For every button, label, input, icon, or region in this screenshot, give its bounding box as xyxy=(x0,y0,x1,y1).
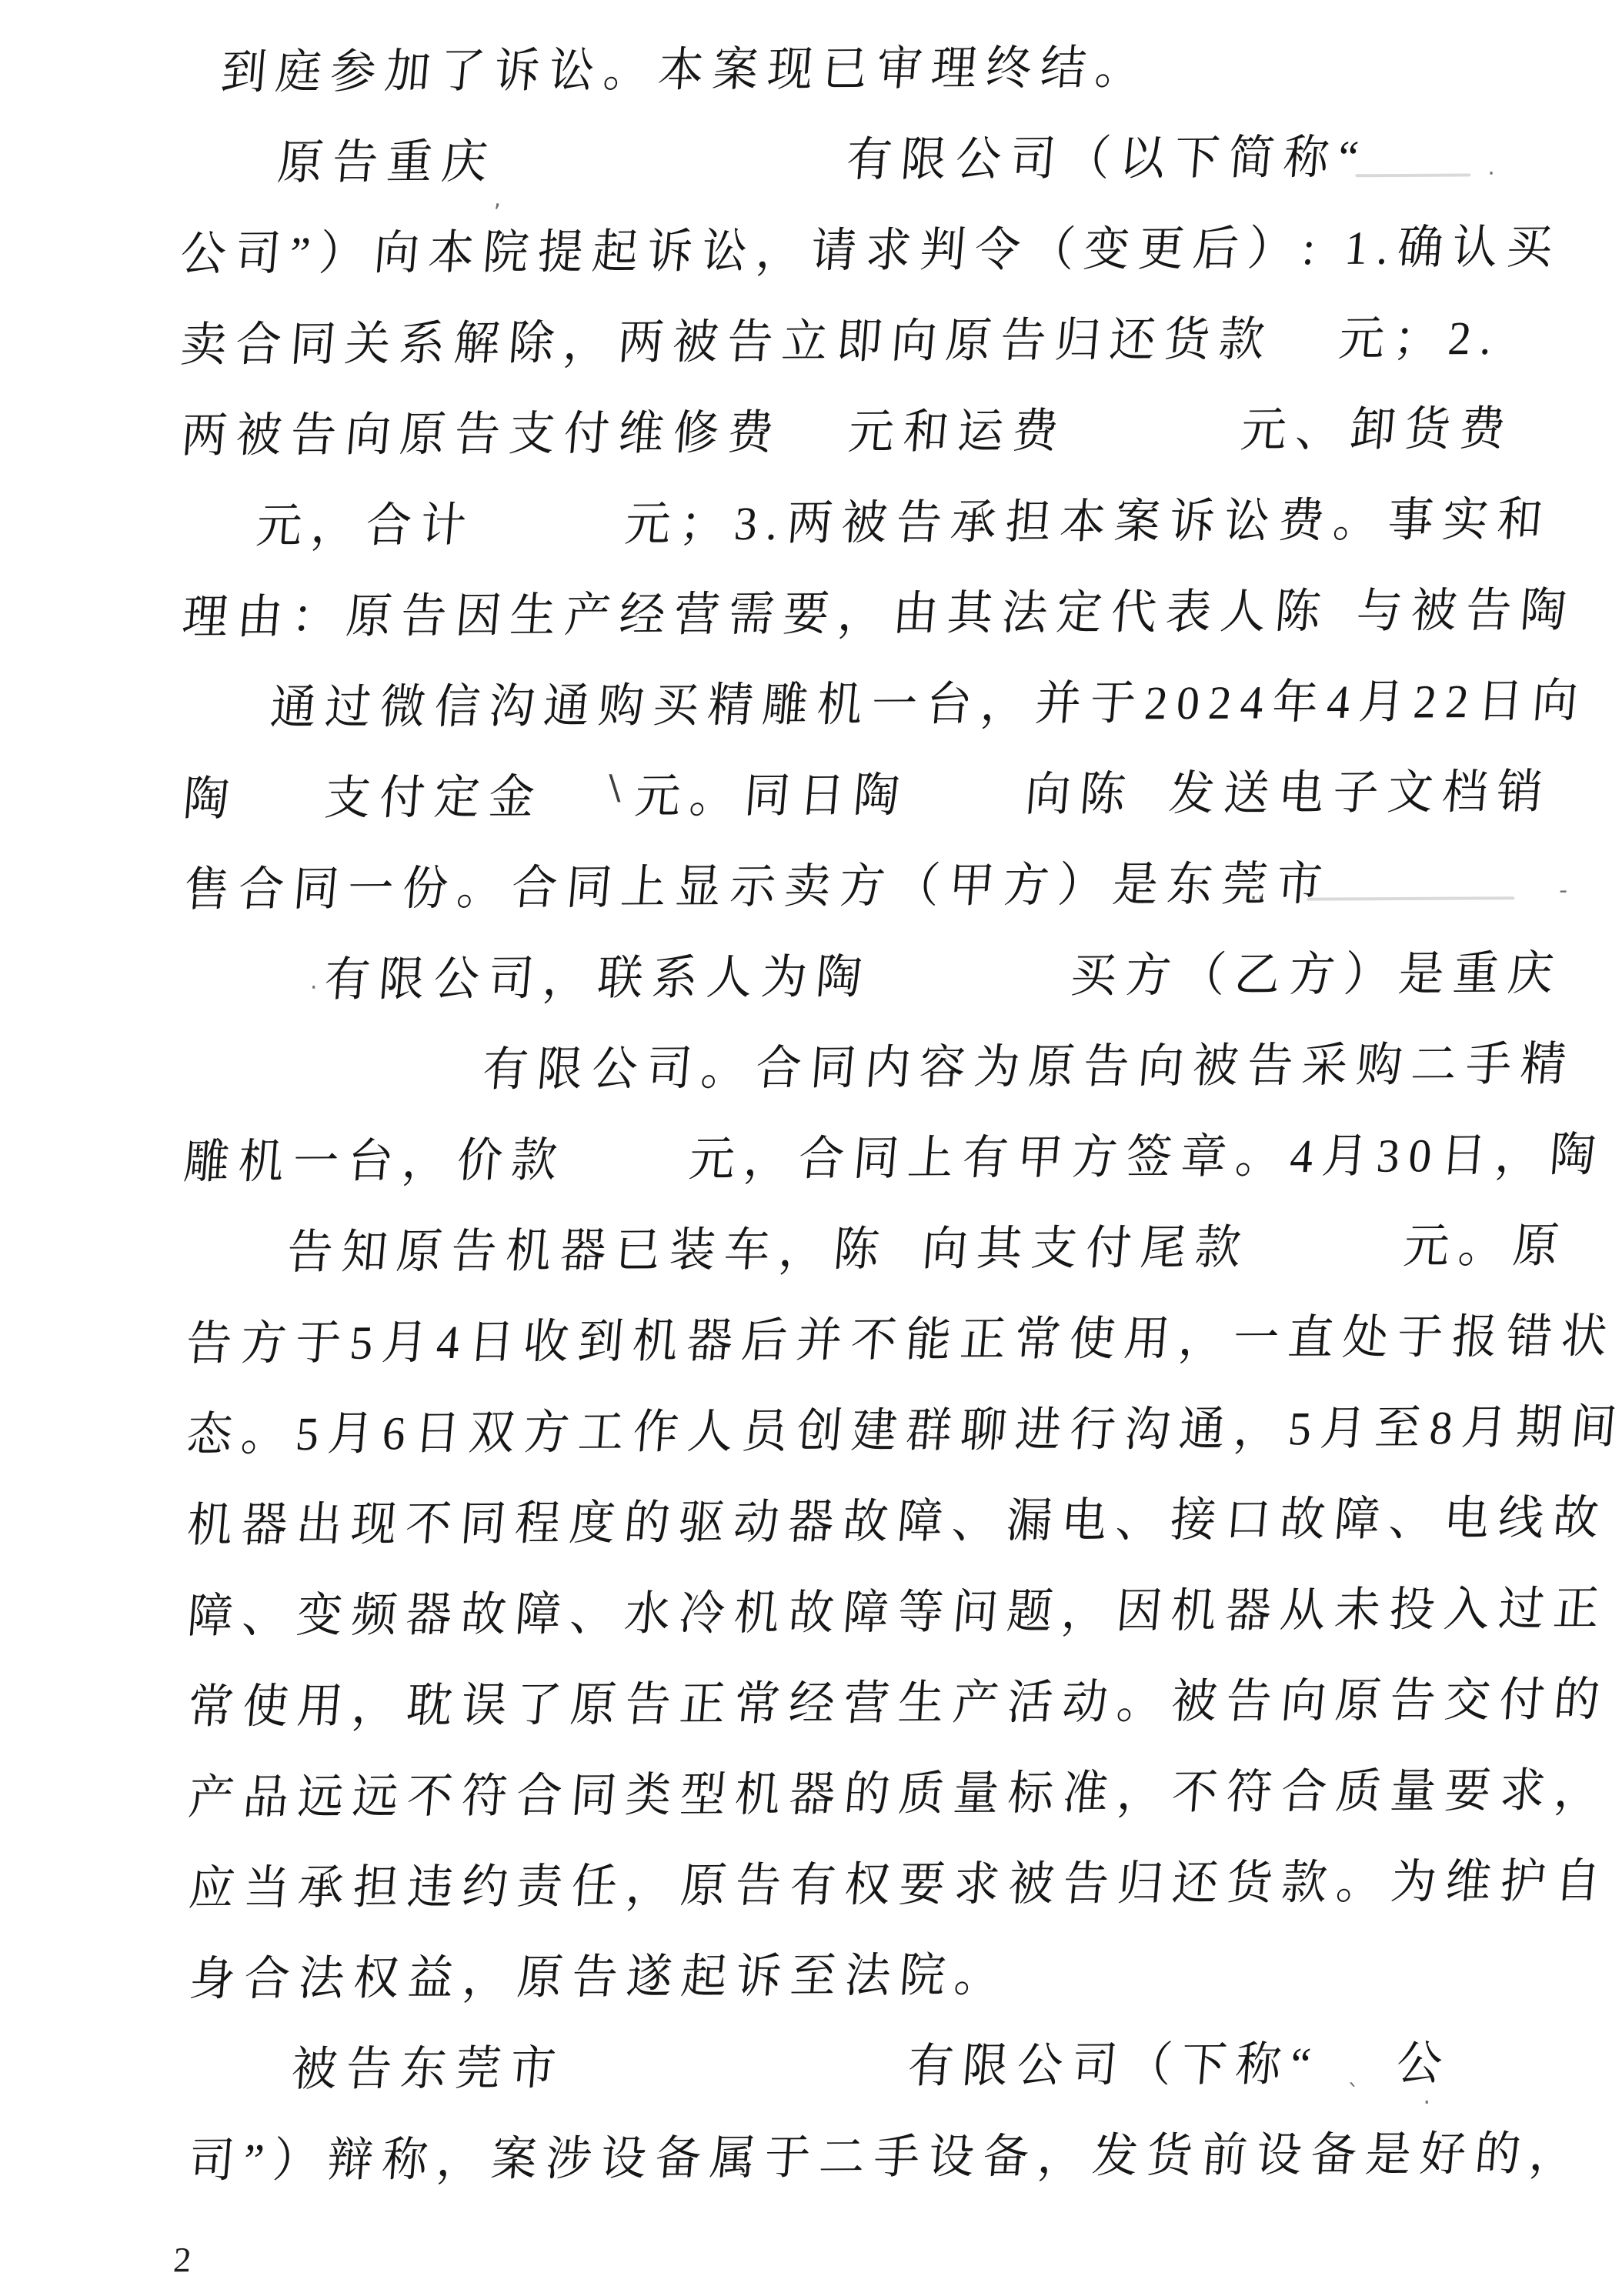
text-line: 陶支付定金元。同日陶向陈发送电子文档销 xyxy=(182,766,1554,823)
text-segment: 常使用，耽误了原告正常经营生产活动。被告向原告交付的 xyxy=(186,1674,1610,1731)
text-segment: 身合法权益，原告遂起诉至法院。 xyxy=(188,1950,1011,2004)
text-segment: 陶 xyxy=(182,773,240,823)
text-segment: 元、卸货费 xyxy=(1239,404,1516,455)
text-segment: 通过微信沟通购买精雕机一台，并于2024年4月22日向 xyxy=(269,676,1589,732)
document-body: 到庭参加了诉讼。本案现已审理终结。原告重庆有限公司（以下简称“公司”）向本院提起… xyxy=(0,0,1616,5)
text-line: 障、变频器故障、水冷机故障等问题，因机器从未投入过正 xyxy=(185,1584,1610,1640)
text-segment: 元。同日陶 xyxy=(633,770,910,821)
text-segment: 雕机一台，价款 xyxy=(182,1135,568,1186)
text-line: 告方于5月4日收到机器后并不能正常使用，一直处于报错状 xyxy=(184,1311,1617,1368)
text-segment: 元，合同上有甲方签章。4月30日，陶 xyxy=(687,1130,1607,1184)
text-segment: 有限公司（以下简称“ xyxy=(844,132,1369,185)
text-segment: 机器出现不同程度的驱动器故障、漏电、接口故障、电线故 xyxy=(185,1493,1610,1550)
text-segment: 到庭参加了诉讼。本案现已审理终结。 xyxy=(219,42,1152,97)
text-line: 理由：原告因生产经营需要，由其法定代表人陈与被告陶 xyxy=(181,585,1577,642)
text-segment: 有限公司，联系人为陶 xyxy=(322,952,873,1004)
text-segment: 元；3.两被告承担本案诉讼费。事实和 xyxy=(623,494,1554,549)
text-line: 常使用，耽误了原告正常经营生产活动。被告向原告交付的 xyxy=(186,1674,1610,1731)
text-line: 有限公司，联系人为陶买方（乙方）是重庆 xyxy=(322,948,1564,1004)
text-line: 身合法权益，原告遂起诉至法院。 xyxy=(188,1950,1011,2004)
page-number: 2 xyxy=(172,2239,192,2280)
text-line: 原告重庆有限公司（以下简称“ xyxy=(275,132,1369,188)
text-segment: 公 xyxy=(1395,2038,1453,2088)
text-line: 到庭参加了诉讼。本案现已审理终结。 xyxy=(219,42,1152,97)
text-segment: 元；2. xyxy=(1337,313,1504,364)
text-segment: 两被告向原告支付维修费 xyxy=(179,408,784,461)
scan-artifact: - xyxy=(1559,879,1567,903)
scan-artifact: . xyxy=(1423,2085,1430,2108)
text-segment: 支付定金 xyxy=(323,772,546,823)
text-segment: 态。5月6日双方工作人员创建群聊进行沟通，5月至8月期间 xyxy=(185,1402,1622,1459)
scan-smudge xyxy=(1355,173,1470,177)
text-line: 元，合计元；3.两被告承担本案诉讼费。事实和 xyxy=(255,494,1554,550)
text-segment: 有限公司。合同内容为原告向被告采购二手精 xyxy=(481,1039,1577,1094)
text-segment: 售合同一份。合同上显示卖方（甲方）是东莞市 xyxy=(182,859,1333,914)
text-segment: 被告东莞市 xyxy=(289,2043,566,2094)
text-line: 态。5月6日双方工作人员创建群聊进行沟通，5月至8月期间 xyxy=(185,1402,1622,1459)
text-segment: 元。原 xyxy=(1402,1220,1570,1271)
text-line: 公司”）向本院提起诉讼，请求判令（变更后）: 1.确认买 xyxy=(179,222,1564,279)
text-segment: 原告重庆 xyxy=(275,137,498,188)
text-segment: 司”）辩称，案涉设备属于二手设备，发货前设备是好的， xyxy=(187,2128,1586,2185)
text-segment: 有限公司（下称“ xyxy=(906,2039,1321,2091)
document-page: 到庭参加了诉讼。本案现已审理终结。原告重庆有限公司（以下简称“公司”）向本院提起… xyxy=(0,0,1622,2296)
scan-artifact: · xyxy=(1487,162,1495,185)
text-segment: 告方于5月4日收到机器后并不能正常使用，一直处于报错状 xyxy=(184,1311,1617,1368)
scan-artifact: · xyxy=(310,976,318,999)
text-line: 被告东莞市有限公司（下称“公 xyxy=(289,2038,1453,2094)
text-line: 卖合同关系解除，两被告立即向原告归还货款元；2. xyxy=(179,313,1504,369)
text-segment: 障、变频器故障、水冷机故障等问题，因机器从未投入过正 xyxy=(185,1584,1610,1640)
text-segment: 产品远远不符合同类型机器的质量标准，不符合质量要求， xyxy=(187,1765,1611,1822)
text-segment: 元和运费 xyxy=(846,406,1069,457)
text-segment: 发送电子文档销 xyxy=(1167,766,1554,818)
text-line: 有限公司。合同内容为原告向被告采购二手精 xyxy=(481,1039,1577,1094)
text-line: 雕机一台，价款元，合同上有甲方签章。4月30日，陶 xyxy=(182,1130,1607,1186)
scan-artifact: \ xyxy=(609,776,620,799)
scan-artifact: , xyxy=(493,188,501,211)
text-segment: 向其支付尾款 xyxy=(920,1223,1252,1274)
text-line: 两被告向原告支付维修费元和运费元、卸货费 xyxy=(179,404,1516,461)
text-segment: 元，合计 xyxy=(255,500,477,551)
text-segment: 买方（乙方）是重庆 xyxy=(1069,948,1564,1000)
text-segment: 告知原告机器已装车，陈 xyxy=(285,1224,890,1277)
text-line: 应当承担违约责任，原告有权要求被告归还货款。为维护自 xyxy=(187,1856,1611,1913)
scan-artifact: ` xyxy=(1347,2082,1359,2105)
text-segment: 向陈 xyxy=(1023,769,1136,819)
text-segment: 与被告陶 xyxy=(1355,585,1577,636)
text-segment: 公司”）向本院提起诉讼，请求判令（变更后）: 1.确认买 xyxy=(179,222,1564,279)
text-line: 产品远远不符合同类型机器的质量标准，不符合质量要求， xyxy=(187,1765,1611,1822)
text-line: 司”）辩称，案涉设备属于二手设备，发货前设备是好的， xyxy=(187,2128,1586,2185)
text-line: 告知原告机器已装车，陈向其支付尾款元。原 xyxy=(285,1220,1570,1276)
scan-artifact: ·· xyxy=(1250,887,1264,910)
text-line: 机器出现不同程度的驱动器故障、漏电、接口故障、电线故 xyxy=(185,1493,1610,1550)
scan-smudge xyxy=(1307,896,1514,900)
text-line: 售合同一份。合同上显示卖方（甲方）是东莞市 xyxy=(182,859,1333,914)
text-line: 通过微信沟通购买精雕机一台，并于2024年4月22日向 xyxy=(269,676,1589,732)
text-segment: 卖合同关系解除，两被告立即向原告归还货款 xyxy=(179,314,1276,369)
text-segment: 理由：原告因生产经营需要，由其法定代表人陈 xyxy=(181,586,1332,642)
text-segment: 应当承担违约责任，原告有权要求被告归还货款。为维护自 xyxy=(187,1856,1611,1913)
